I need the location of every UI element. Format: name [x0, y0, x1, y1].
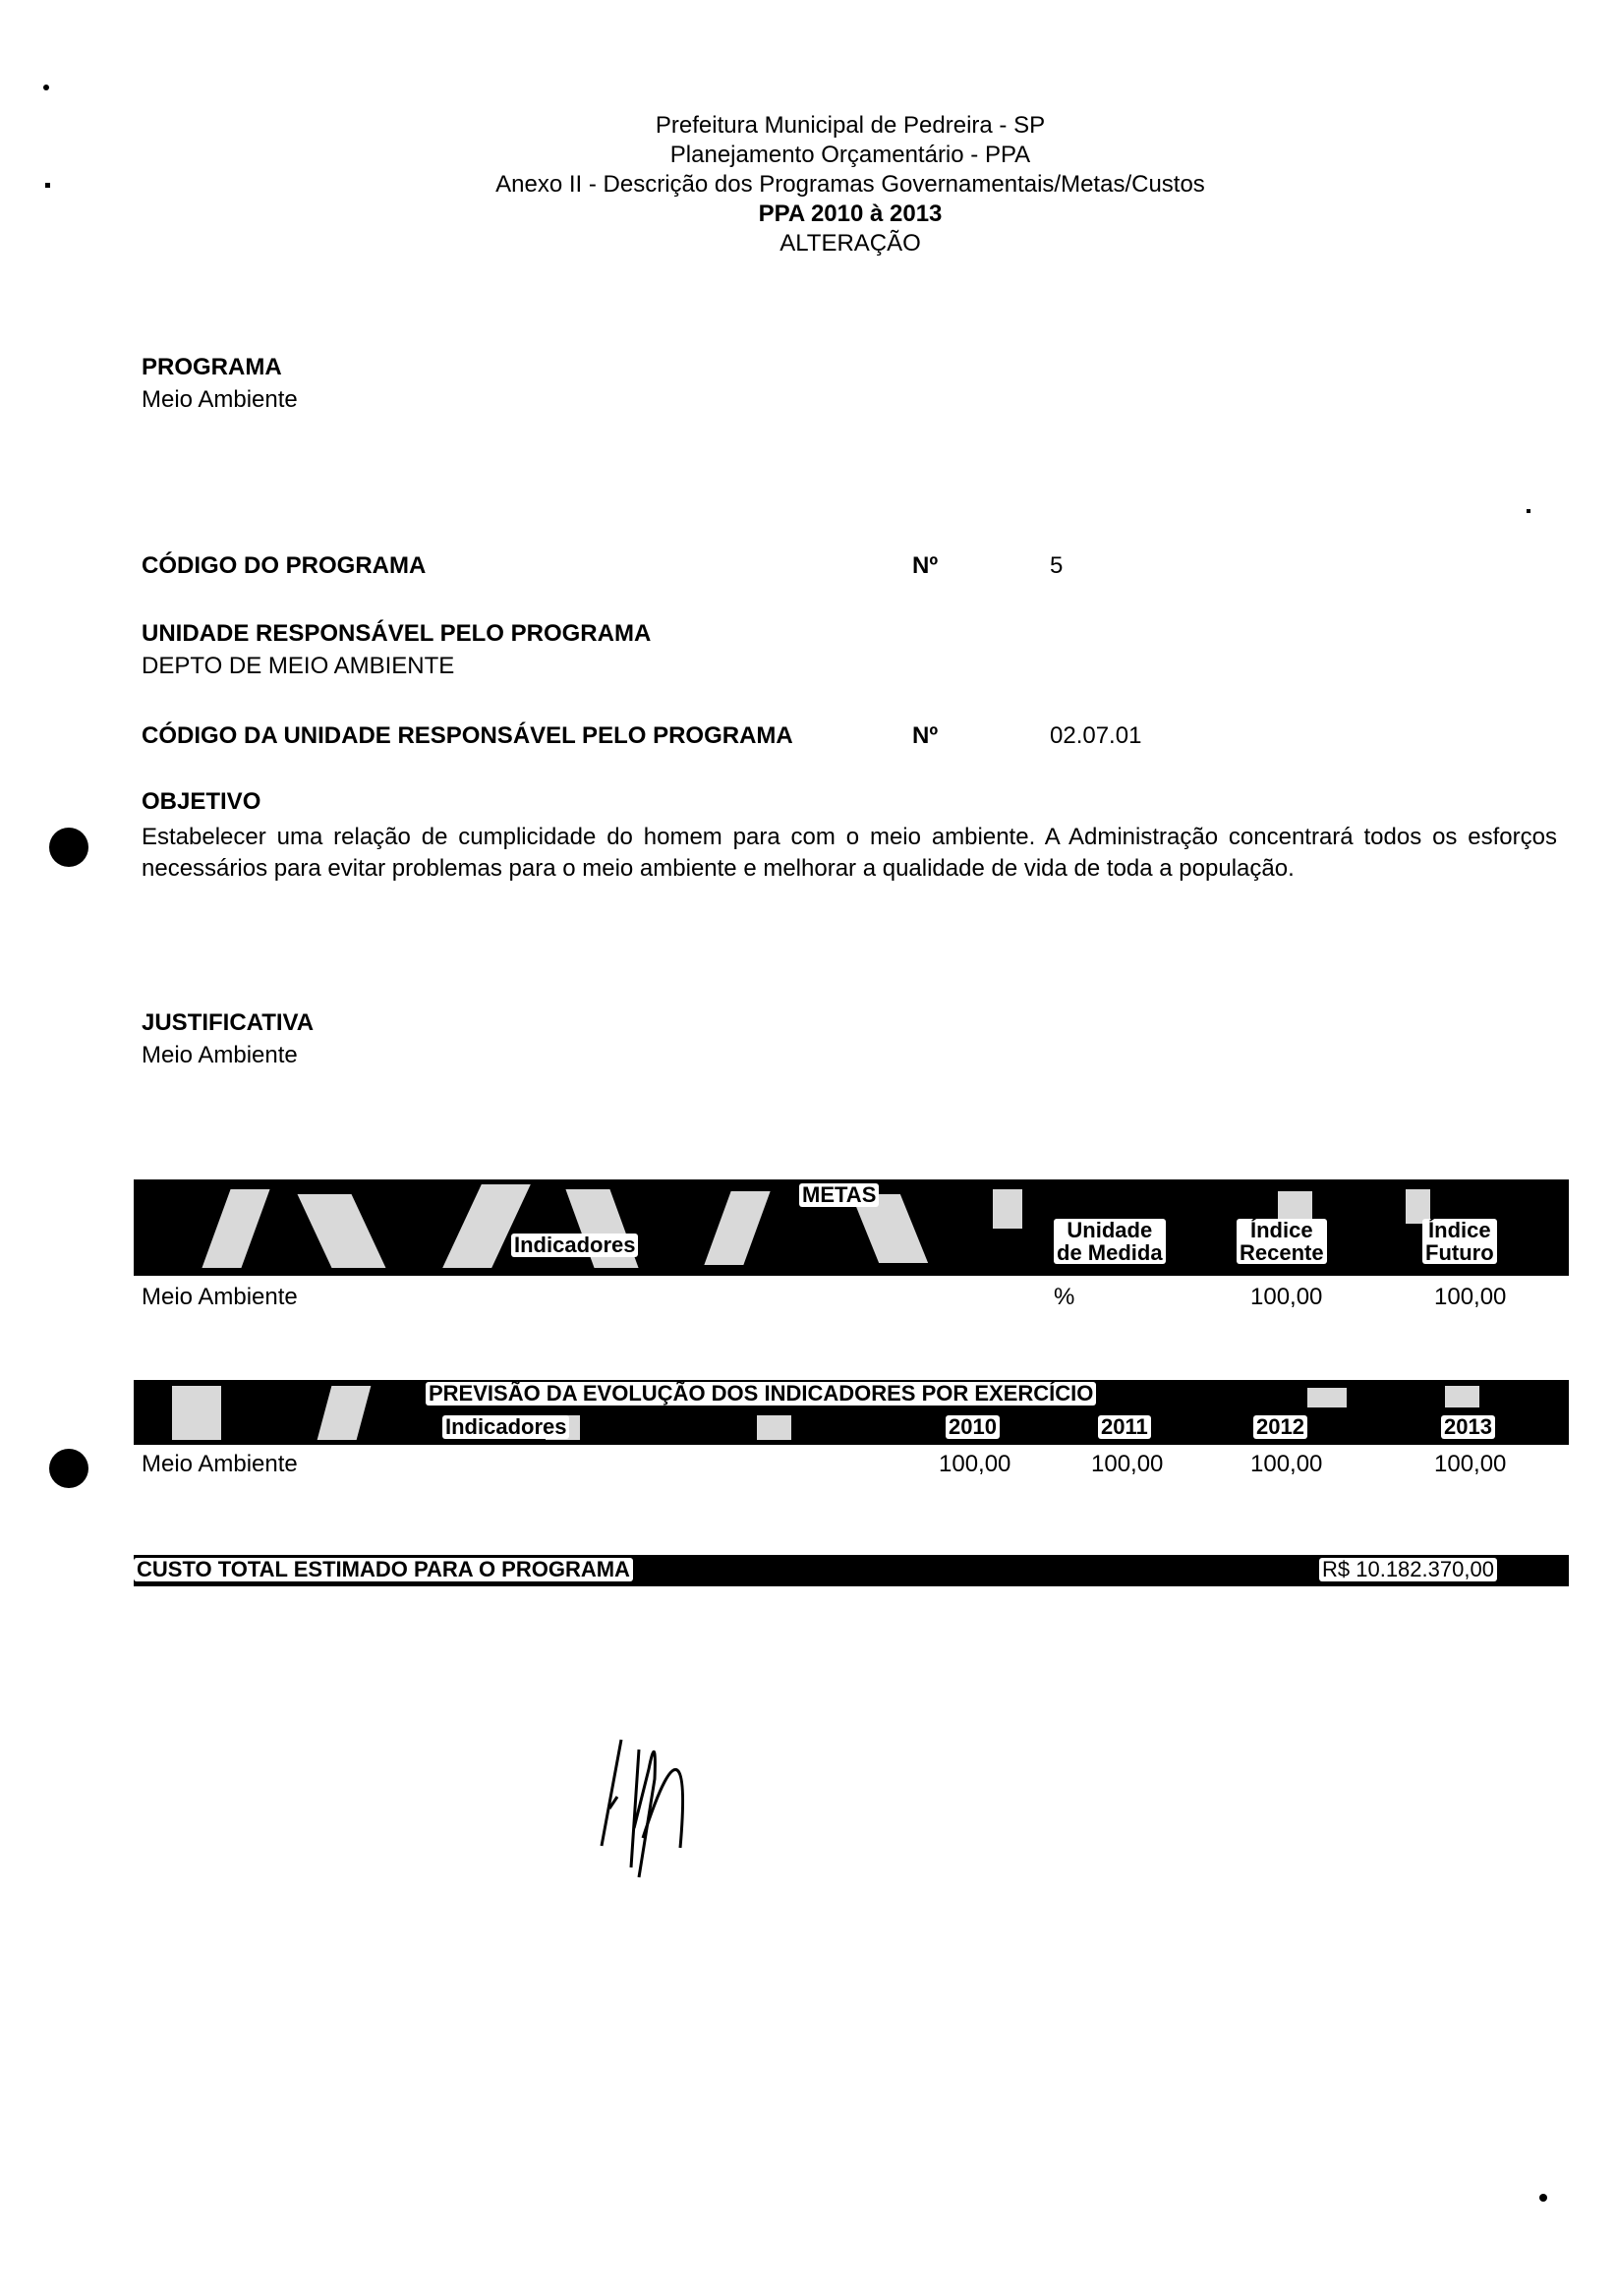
- codigo-unidade-label: CÓDIGO DA UNIDADE RESPONSÁVEL PELO PROGR…: [142, 722, 793, 750]
- scan-speck: [1527, 509, 1530, 513]
- scan-noise: [1307, 1388, 1347, 1407]
- scan-noise: [757, 1415, 791, 1440]
- previsao-row-2011: 100,00: [1091, 1451, 1163, 1478]
- previsao-col-indicadores: Indicadores: [442, 1415, 569, 1439]
- scan-noise: [993, 1189, 1022, 1229]
- signature-icon: [580, 1720, 718, 1897]
- previsao-row-indicador: Meio Ambiente: [142, 1451, 298, 1478]
- metas-row-indicador: Meio Ambiente: [142, 1284, 298, 1311]
- custo-label: CUSTO TOTAL ESTIMADO PARA O PROGRAMA: [134, 1558, 633, 1581]
- metas-title: METAS: [799, 1183, 879, 1207]
- previsao-row-2012: 100,00: [1250, 1451, 1322, 1478]
- header-prefeitura: Prefeitura Municipal de Pedreira - SP: [0, 111, 1616, 141]
- punch-hole: [49, 1449, 88, 1488]
- codigo-programa-value: 5: [1050, 552, 1063, 580]
- metas-col-futuro-line1: Índice: [1425, 1219, 1494, 1241]
- unidade-label: UNIDADE RESPONSÁVEL PELO PROGRAMA: [142, 620, 651, 648]
- codigo-programa-no: Nº: [912, 552, 938, 580]
- scan-noise: [172, 1386, 221, 1440]
- codigo-unidade-no: Nº: [912, 722, 938, 750]
- previsao-col-2013: 2013: [1441, 1415, 1495, 1439]
- metas-col-unidade-line2: de Medida: [1057, 1241, 1163, 1264]
- scan-speck: [1539, 2194, 1547, 2202]
- justificativa-value: Meio Ambiente: [142, 1042, 298, 1069]
- scan-noise: [1445, 1386, 1479, 1407]
- objetivo-label: OBJETIVO: [142, 788, 260, 816]
- unidade-value: DEPTO DE MEIO AMBIENTE: [142, 653, 454, 680]
- previsao-col-2011: 2011: [1098, 1415, 1151, 1439]
- punch-hole: [49, 828, 88, 867]
- justificativa-label: JUSTIFICATIVA: [142, 1009, 314, 1037]
- metas-col-unidade-line1: Unidade: [1057, 1219, 1163, 1241]
- metas-row-unidade: %: [1054, 1284, 1074, 1311]
- header-ppa-period: PPA 2010 à 2013: [0, 200, 1616, 229]
- metas-row-futuro: 100,00: [1434, 1284, 1506, 1311]
- metas-col-unidade: Unidade de Medida: [1054, 1219, 1166, 1264]
- programa-label: PROGRAMA: [142, 354, 282, 381]
- previsao-title: PREVISÃO DA EVOLUÇÃO DOS INDICADORES POR…: [426, 1382, 1096, 1406]
- previsao-row-2010: 100,00: [939, 1451, 1010, 1478]
- custo-value: R$ 10.182.370,00: [1319, 1558, 1497, 1581]
- scan-speck: [43, 85, 49, 90]
- previsao-col-2012: 2012: [1253, 1415, 1307, 1439]
- codigo-programa-label: CÓDIGO DO PROGRAMA: [142, 552, 426, 580]
- header-planejamento: Planejamento Orçamentário - PPA: [0, 141, 1616, 170]
- header-alteracao: ALTERAÇÃO: [0, 229, 1616, 258]
- header-anexo: Anexo II - Descrição dos Programas Gover…: [0, 170, 1616, 200]
- metas-col-recente-line1: Índice: [1240, 1219, 1324, 1241]
- objetivo-text: Estabelecer uma relação de cumplicidade …: [142, 822, 1557, 885]
- scan-noise: [1278, 1191, 1312, 1221]
- metas-col-indicadores: Indicadores: [511, 1234, 638, 1257]
- metas-col-recente-line2: Recente: [1240, 1241, 1324, 1264]
- previsao-row-2013: 100,00: [1434, 1451, 1506, 1478]
- metas-col-recente: Índice Recente: [1237, 1219, 1327, 1264]
- codigo-unidade-value: 02.07.01: [1050, 722, 1141, 750]
- scan-speck: [45, 183, 50, 188]
- metas-row-recente: 100,00: [1250, 1284, 1322, 1311]
- programa-value: Meio Ambiente: [142, 386, 298, 414]
- metas-col-futuro-line2: Futuro: [1425, 1241, 1494, 1264]
- metas-col-futuro: Índice Futuro: [1422, 1219, 1497, 1264]
- previsao-col-2010: 2010: [946, 1415, 1000, 1439]
